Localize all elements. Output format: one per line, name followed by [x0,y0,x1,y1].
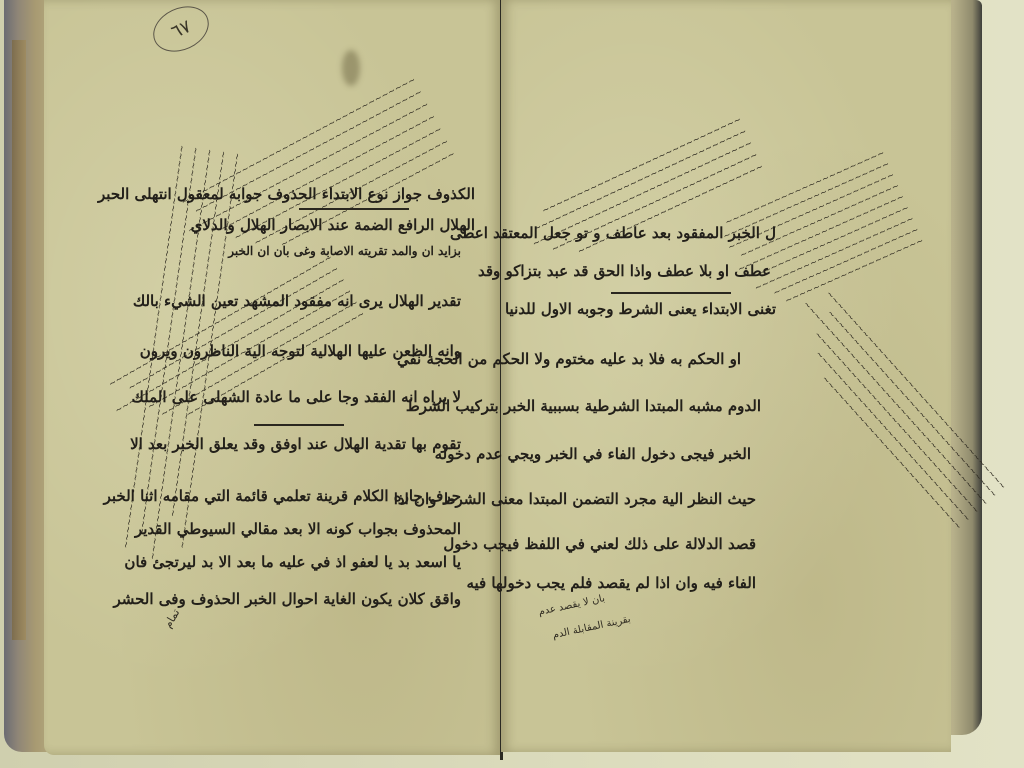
main-text-line: المحذوف بجواب كونه الا بعد مقالي السيوطي… [135,520,461,538]
main-text-line: الكذوف جواز نوع الابتداء الحذوف جوابه لم… [98,185,475,203]
overline-rule [254,424,344,426]
main-text-line: واقق كلان يكون الغاية احوال الخبر الحذوف… [113,590,461,608]
main-text-line: تقوم بها تقدية الهلال عند اوفق وقد يعلق … [130,435,461,453]
left-page: ٦٧ ~~~~~~~~~~~~~~~~~~~~~~~~~~~~~~~~~~~ ~… [44,0,501,755]
main-text-line: تقدير الهلال يرى انه مفقود المشهد تعين ا… [133,292,461,310]
main-text-line: الفاء فيه وان اذا لم يقصد فلم يجب دخولها… [466,574,756,592]
bottom-margin-note: تمام [161,607,182,630]
main-text-line: الهلال الرافع الضمة عند الابصار الهلال و… [191,216,475,234]
main-text-line: الدوم مشبه المبتدا الشرطية بسببية الخبر … [406,397,761,415]
overline-rule [611,292,731,294]
ink-stain [342,50,360,86]
main-text-line: تغنى الابتداء يعنى الشرط وجوبه الاول للد… [505,300,776,318]
folio-number: ٦٧ [146,0,216,60]
open-manuscript: ٦٧ ~~~~~~~~~~~~~~~~~~~~~~~~~~~~~~~~~~~ ~… [4,0,979,760]
main-text-line: ل الخبر المفقود بعد عاطف و تو جعل المعتق… [450,224,776,242]
main-text-line: حيث النظر الية مجرد التضمن المبتدا معنى … [394,490,756,508]
closing-note-line: بقرينة المقابلة الدم [551,614,631,641]
main-text-line: الخبر فيجى دخول الفاء في الخبر ويجي عدم … [435,445,751,463]
main-text-line: او الحكم به فلا بد عليه مختوم ولا الحكم … [397,350,741,368]
main-text-line: بزايد ان والمد تقريته الاصابة وغى بان ان… [228,244,461,258]
main-text-line: عطف او بلا عطف واذا الحق قد عبد بتزاكو و… [478,262,771,280]
main-text-line: قصد الدلالة على ذلك لعني في اللفظ فيجب د… [443,535,756,553]
closing-note-line: بان لا يقصد عدم [538,593,606,618]
page-stack-edge [12,40,26,640]
overline-rule [299,208,409,210]
main-text-line: يا اسعد بد يا لعفو اذ في عليه ما بعد الا… [124,553,461,571]
right-page: ~~~~~~~~~~~~~~~~~~~~~~~~~~~~~ ~~~~~~~~~~… [501,0,951,752]
